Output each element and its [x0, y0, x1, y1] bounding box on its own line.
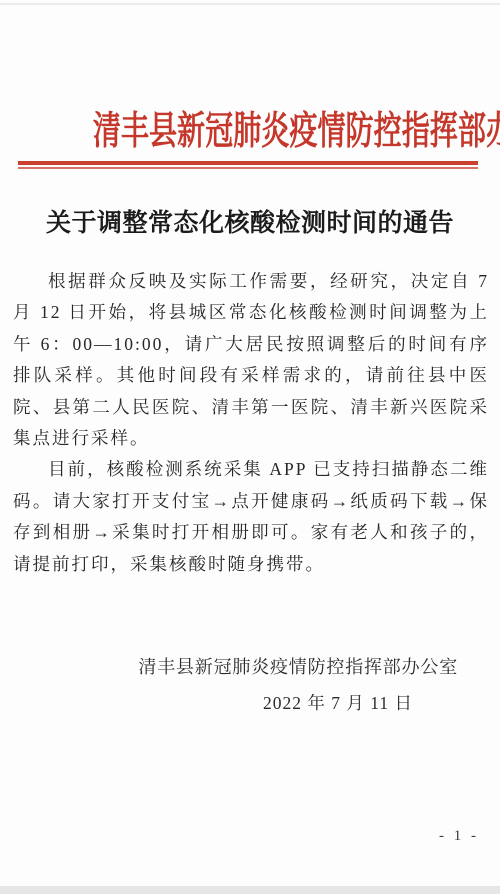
page-number: - 1 -: [439, 828, 479, 845]
red-rule-thin: [18, 167, 478, 169]
body-paragraph-2: 目前，核酸检测系统采集 APP 已支持扫描静态二维码。请大家打开支付宝→点开健康…: [13, 454, 489, 580]
red-header-divider: [18, 161, 478, 169]
page-bottom-edge: [0, 886, 500, 894]
document-date: 2022 年 7 月 11 日: [263, 690, 413, 715]
issuing-office-header: 清丰县新冠肺炎疫情防控指挥部办公室: [93, 100, 500, 156]
body-paragraph-1: 根据群众反映及实际工作需要，经研究，决定自 7 月 12 日开始，将县城区常态化…: [13, 266, 489, 454]
document-body: 根据群众反映及实际工作需要，经研究，决定自 7 月 12 日开始，将县城区常态化…: [13, 266, 489, 580]
red-rule-thick: [18, 161, 478, 165]
signature-office: 清丰县新冠肺炎疫情防控指挥部办公室: [138, 653, 458, 679]
page-top-edge: [0, 3, 500, 5]
document-title: 关于调整常态化核酸检测时间的通告: [0, 203, 500, 239]
document-red-header: 清丰县新冠肺炎疫情防控指挥部办公室: [0, 100, 500, 156]
